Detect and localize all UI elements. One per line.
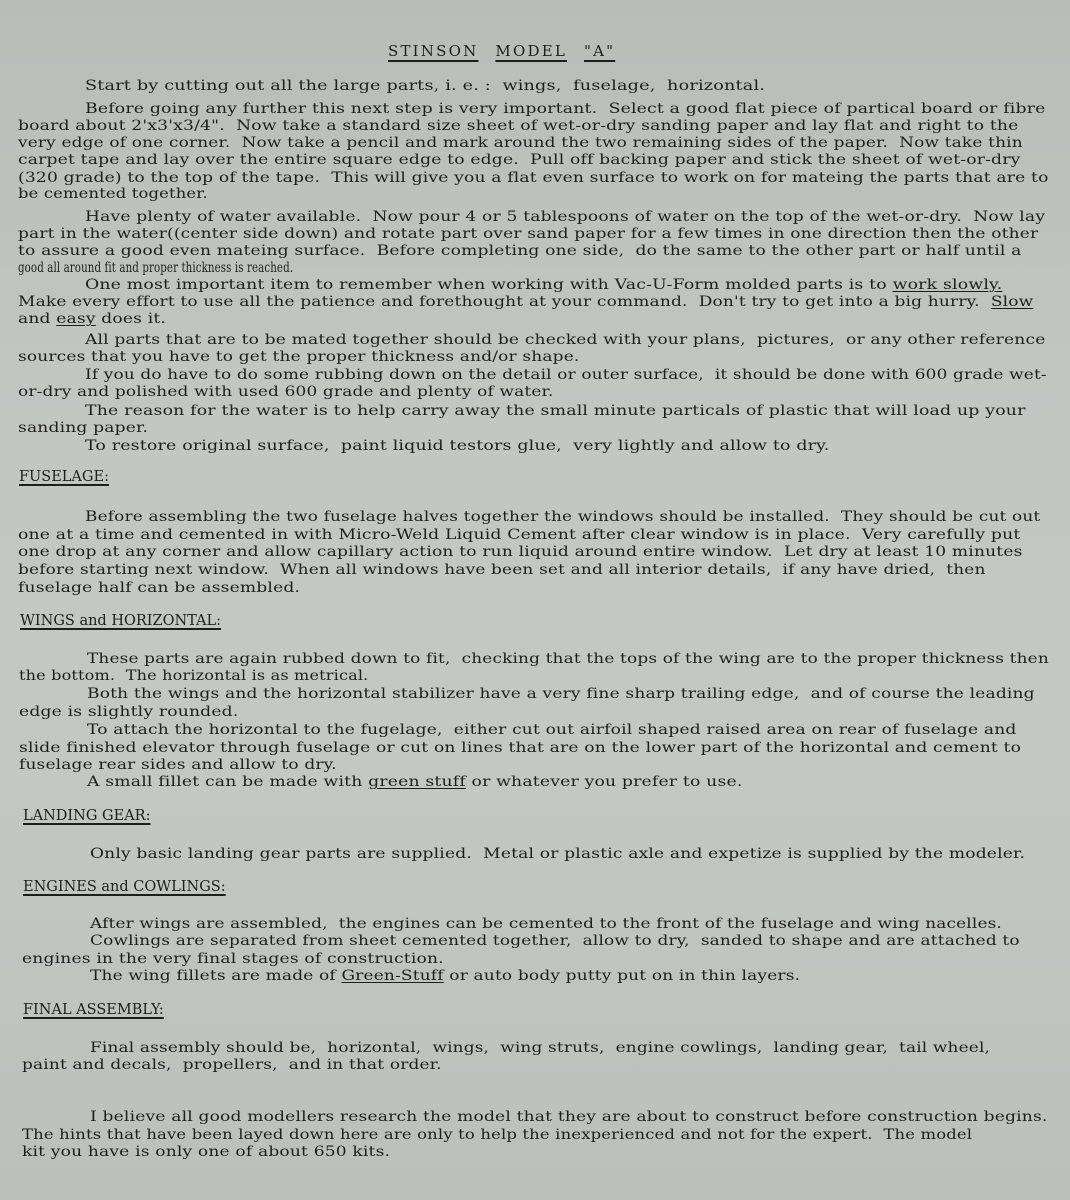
paragraph-line: Before going any further this next step … xyxy=(85,100,1046,118)
text-span: A small fillet can be made with xyxy=(87,774,368,790)
paragraph-line: After wings are assembled, the engines c… xyxy=(90,915,1002,933)
paragraph-line: Cowlings are separated from sheet cement… xyxy=(90,932,1020,950)
paragraph-line: engines in the very final stages of cons… xyxy=(22,950,444,968)
title-word-a: "A" xyxy=(584,42,615,60)
text-span: does it. xyxy=(96,311,166,327)
paragraph-line: carpet tape and lay over the entire squa… xyxy=(18,151,1020,169)
paragraph-line: A small fillet can be made with green st… xyxy=(87,773,742,791)
title-word-stinson: STINSON xyxy=(388,42,478,60)
paragraph-line: the bottom. The horizontal is as metrica… xyxy=(19,667,368,685)
paragraph-line: board about 2'x3'x3/4". Now take a stand… xyxy=(18,117,1018,135)
title-word-model: MODEL xyxy=(495,42,567,60)
paragraph-line: fuselage rear sides and allow to dry. xyxy=(19,756,337,774)
paragraph-line: Start by cutting out all the large parts… xyxy=(85,77,765,95)
paragraph-line: These parts are again rubbed down to fit… xyxy=(87,650,1049,668)
paragraph-line: or-dry and polished with used 600 grade … xyxy=(18,383,554,401)
paragraph-line: fuselage half can be assembled. xyxy=(18,579,300,597)
paragraph-line: edge is slightly rounded. xyxy=(19,703,238,721)
paragraph-line: The hints that have been layed down here… xyxy=(22,1126,972,1144)
section-heading-engines: ENGINES and COWLINGS: xyxy=(23,879,226,895)
instruction-sheet: STINSON MODEL "A" Start by cutting out a… xyxy=(0,0,1070,1200)
text-span: Make every effort to use all the patienc… xyxy=(18,294,991,310)
paragraph-line: sanding paper. xyxy=(18,419,148,437)
paragraph-line: The reason for the water is to help carr… xyxy=(85,402,1026,420)
section-heading-final-assembly: FINAL ASSEMBLY: xyxy=(23,1002,164,1018)
paragraph-line: Before assembling the two fuselage halve… xyxy=(85,508,1040,526)
paragraph-line: Both the wings and the horizontal stabil… xyxy=(87,685,1035,703)
paragraph-line: and easy does it. xyxy=(18,310,166,328)
paragraph-line: one drop at any corner and allow capilla… xyxy=(18,543,1023,561)
paragraph-line: Have plenty of water available. Now pour… xyxy=(85,208,1045,226)
document-title: STINSON MODEL "A" xyxy=(388,42,615,60)
text-span: The wing fillets are made of xyxy=(90,968,341,984)
text-span: or whatever you prefer to use. xyxy=(466,774,743,790)
paragraph-line: paint and decals, propellers, and in tha… xyxy=(22,1056,442,1074)
paragraph-line: To attach the horizontal to the fugelage… xyxy=(87,721,1016,739)
paragraph-line: Only basic landing gear parts are suppli… xyxy=(90,845,1025,863)
section-heading-wings: WINGS and HORIZONTAL: xyxy=(20,613,221,629)
text-span: and xyxy=(18,311,56,327)
paragraph-line: To restore original surface, paint liqui… xyxy=(85,437,829,455)
underlined-text: green stuff xyxy=(368,774,466,790)
paragraph-line: before starting next window. When all wi… xyxy=(18,561,986,579)
underlined-text: easy xyxy=(56,311,95,327)
paragraph-line: very edge of one corner. Now take a penc… xyxy=(18,134,1023,152)
paragraph-line: to assure a good even mateing surface. B… xyxy=(18,242,1022,260)
text-span: One most important item to remember when… xyxy=(85,277,893,293)
paragraph-line: One most important item to remember when… xyxy=(85,276,1002,294)
paragraph-line: I believe all good modellers research th… xyxy=(90,1108,1048,1126)
paragraph-line: sources that you have to get the proper … xyxy=(18,348,580,366)
paragraph-line: Final assembly should be, horizontal, wi… xyxy=(90,1039,990,1057)
text-span: or auto body putty put on in thin layers… xyxy=(444,968,800,984)
paragraph-line: All parts that are to be mated together … xyxy=(85,331,1045,349)
paragraph-line: part in the water((center side down) and… xyxy=(18,225,1038,243)
paragraph-line: If you do have to do some rubbing down o… xyxy=(85,366,1047,384)
underlined-text: Slow xyxy=(991,294,1034,310)
underlined-text: work slowly. xyxy=(893,277,1003,293)
paragraph-line: be cemented together. xyxy=(18,185,208,203)
paragraph-line: The wing fillets are made of Green-Stuff… xyxy=(90,967,800,985)
section-heading-fuselage: FUSELAGE: xyxy=(19,469,109,485)
paragraph-line: Make every effort to use all the patienc… xyxy=(18,293,1033,311)
paragraph-line: slide finished elevator through fuselage… xyxy=(19,739,1021,757)
paragraph-line: good all around fit and proper thickness… xyxy=(18,259,293,277)
section-heading-landing-gear: LANDING GEAR: xyxy=(23,808,150,824)
paragraph-line: kit you have is only one of about 650 ki… xyxy=(22,1143,390,1161)
underlined-text: Green-Stuff xyxy=(341,968,443,984)
paragraph-line: one at a time and cemented in with Micro… xyxy=(18,526,1020,544)
